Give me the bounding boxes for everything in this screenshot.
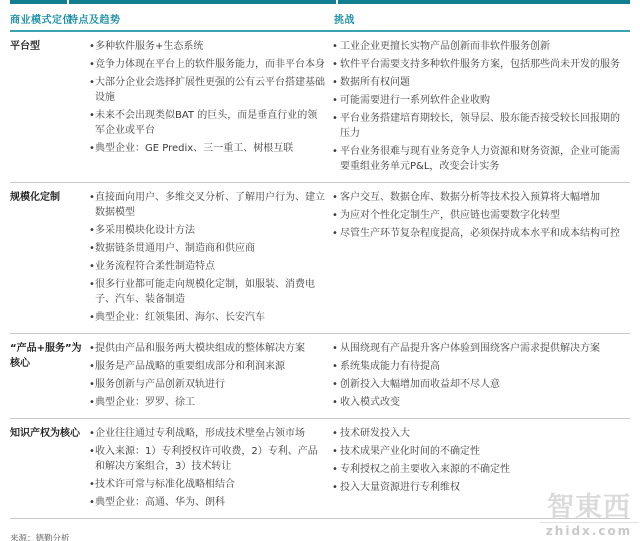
business-model-table-page: 商业模式定位 特点及趋势 挑战 平台型 多种软件服务+生态系统竞争力体现在平台上…: [0, 0, 640, 541]
bullet-item: 工业企业更擅长实物产品创新而非软件服务创新: [332, 39, 630, 54]
features-list: 直接面向用户、多维交叉分析、了解用户行为、建立数据模型多采用模块化设计方法数据链…: [89, 190, 332, 325]
header-accent-bar-segment: [69, 0, 336, 4]
features-list: 多种软件服务+生态系统竞争力体现在平台上的软件服务能力，而非平台本身大部分企业会…: [89, 39, 332, 174]
row-label: 规模化定制: [10, 190, 89, 325]
bullet-item: 技术成果产业化时间的不确定性: [332, 444, 630, 459]
bullet-item: 收入来源：1）专利授权许可收费，2）专利、产品和解决方案组合，3）技术转让: [89, 444, 332, 474]
table-row-ip-core: 知识产权为核心 企业往往通过专利战略，形成技术壁垒占领市场收入来源：1）专利授权…: [10, 418, 630, 518]
table-header: 商业模式定位 特点及趋势 挑战: [0, 0, 640, 32]
bullet-item: 收入模式改变: [332, 395, 630, 410]
header-accent-bar-segment: [10, 0, 67, 4]
table-row-product-plus-service: “产品+服务”为核心 提供由产品和服务两大模块组成的整体解决方案服务是产品战略的…: [10, 333, 630, 418]
table-row-mass-customization: 规模化定制 直接面向用户、多维交叉分析、了解用户行为、建立数据模型多采用模块化设…: [10, 182, 630, 333]
bullet-item: 典型企业：GE Predix、三一重工、树根互联: [89, 141, 332, 156]
row-label: “产品+服务”为核心: [10, 341, 89, 410]
features-list: 提供由产品和服务两大模块组成的整体解决方案服务是产品战略的重要组成部分和利润来源…: [89, 341, 332, 410]
bullet-item: 多采用模块化设计方法: [89, 223, 332, 238]
challenges-list: 从围绕现有产品提升客户体验到围绕客户需求提供解决方案系统集成能力有待提高创新投入…: [332, 341, 630, 410]
challenges-list: 工业企业更擅长实物产品创新而非软件服务创新软件平台需要支持多种软件服务方案，包括…: [332, 39, 630, 174]
bullet-item: 企业往往通过专利战略，形成技术壁垒占领市场: [89, 426, 332, 441]
bullet-item: 创新投入大幅增加而收益却不尽人意: [332, 377, 630, 392]
bullet-item: 直接面向用户、多维交叉分析、了解用户行为、建立数据模型: [89, 190, 332, 220]
bullet-item: 平台业务搭建培育期较长，领导层、股东能否接受较长回报期的压力: [332, 111, 630, 141]
table-row-platform: 平台型 多种软件服务+生态系统竞争力体现在平台上的软件服务能力，而非平台本身大部…: [10, 32, 630, 182]
bullet-item: 数据链条贯通用户、制造商和供应商: [89, 241, 332, 256]
bullet-item: 多种软件服务+生态系统: [89, 39, 332, 54]
watermark: 智東西 zhidx.com: [540, 493, 638, 538]
bullet-item: 技术研发投入大: [332, 426, 630, 441]
features-list: 企业往往通过专利战略，形成技术壁垒占领市场收入来源：1）专利授权许可收费，2）专…: [89, 426, 332, 510]
bullet-item: 系统集成能力有待提高: [332, 359, 630, 374]
bullet-item: 大部分企业会选择扩展性更强的公有云平台搭建基础设施: [89, 75, 332, 105]
bullet-item: 软件平台需要支持多种软件服务方案，包括那些尚未开发的服务: [332, 57, 630, 72]
bullet-item: 可能需要进行一系列软件企业收购: [332, 93, 630, 108]
bullet-item: 很多行业都可能走向规模化定制，如服装、消费电子、汽车、装备制造: [89, 277, 332, 307]
column-header-business-model: 商业模式定位: [10, 11, 73, 26]
row-label: 平台型: [10, 39, 89, 174]
bullet-item: 数据所有权问题: [332, 75, 630, 90]
source-note: 来源：德勤分析: [10, 532, 630, 541]
bullet-item: 竞争力体现在平台上的软件服务能力，而非平台本身: [89, 57, 332, 72]
bullet-item: 业务流程符合柔性制造特点: [89, 259, 332, 274]
bullet-item: 为应对个性化定制生产，供应链也需要数字化转型: [332, 208, 630, 223]
bullet-item: 从围绕现有产品提升客户体验到围绕客户需求提供解决方案: [332, 341, 630, 356]
bullet-item: 提供由产品和服务两大模块组成的整体解决方案: [89, 341, 332, 356]
row-label: 知识产权为核心: [10, 426, 89, 510]
header-accent-bar-segment: [338, 0, 630, 4]
bullet-item: 未来不会出现类似BAT 的巨头，而是垂直行业的领军企业或平台: [89, 108, 332, 138]
bullet-item: 典型企业：红领集团、海尔、长安汽车: [89, 310, 332, 325]
bullet-item: 服务是产品战略的重要组成部分和利润来源: [89, 359, 332, 374]
bullet-item: 典型企业：高通、华为、朗科: [89, 495, 332, 510]
column-header-challenges: 挑战: [334, 11, 355, 26]
watermark-domain-text: zhidx.com: [540, 522, 638, 538]
table-body: 平台型 多种软件服务+生态系统竞争力体现在平台上的软件服务能力，而非平台本身大部…: [10, 32, 630, 519]
bullet-item: 平台业务很难与现有业务竞争人力资源和财务资源，企业可能需要重组业务单元P&L，改…: [332, 144, 630, 174]
column-header-features-trends: 特点及趋势: [68, 11, 121, 26]
watermark-logo-text: 智東西: [540, 493, 638, 522]
bullet-item: 服务创新与产品创新双轨进行: [89, 377, 332, 392]
challenges-list: 客户交互、数据仓库、数据分析等技术投入预算将大幅增加为应对个性化定制生产，供应链…: [332, 190, 630, 325]
bullet-item: 尽管生产环节复杂程度提高，必须保持成本水平和成本结构可控: [332, 226, 630, 241]
bullet-item: 客户交互、数据仓库、数据分析等技术投入预算将大幅增加: [332, 190, 630, 205]
bullet-item: 典型企业：罗罗、徐工: [89, 395, 332, 410]
bullet-item: 专利授权之前主要收入来源的不确定性: [332, 462, 630, 477]
header-underline: [10, 30, 630, 32]
bullet-item: 技术许可常与标准化战略相结合: [89, 477, 332, 492]
